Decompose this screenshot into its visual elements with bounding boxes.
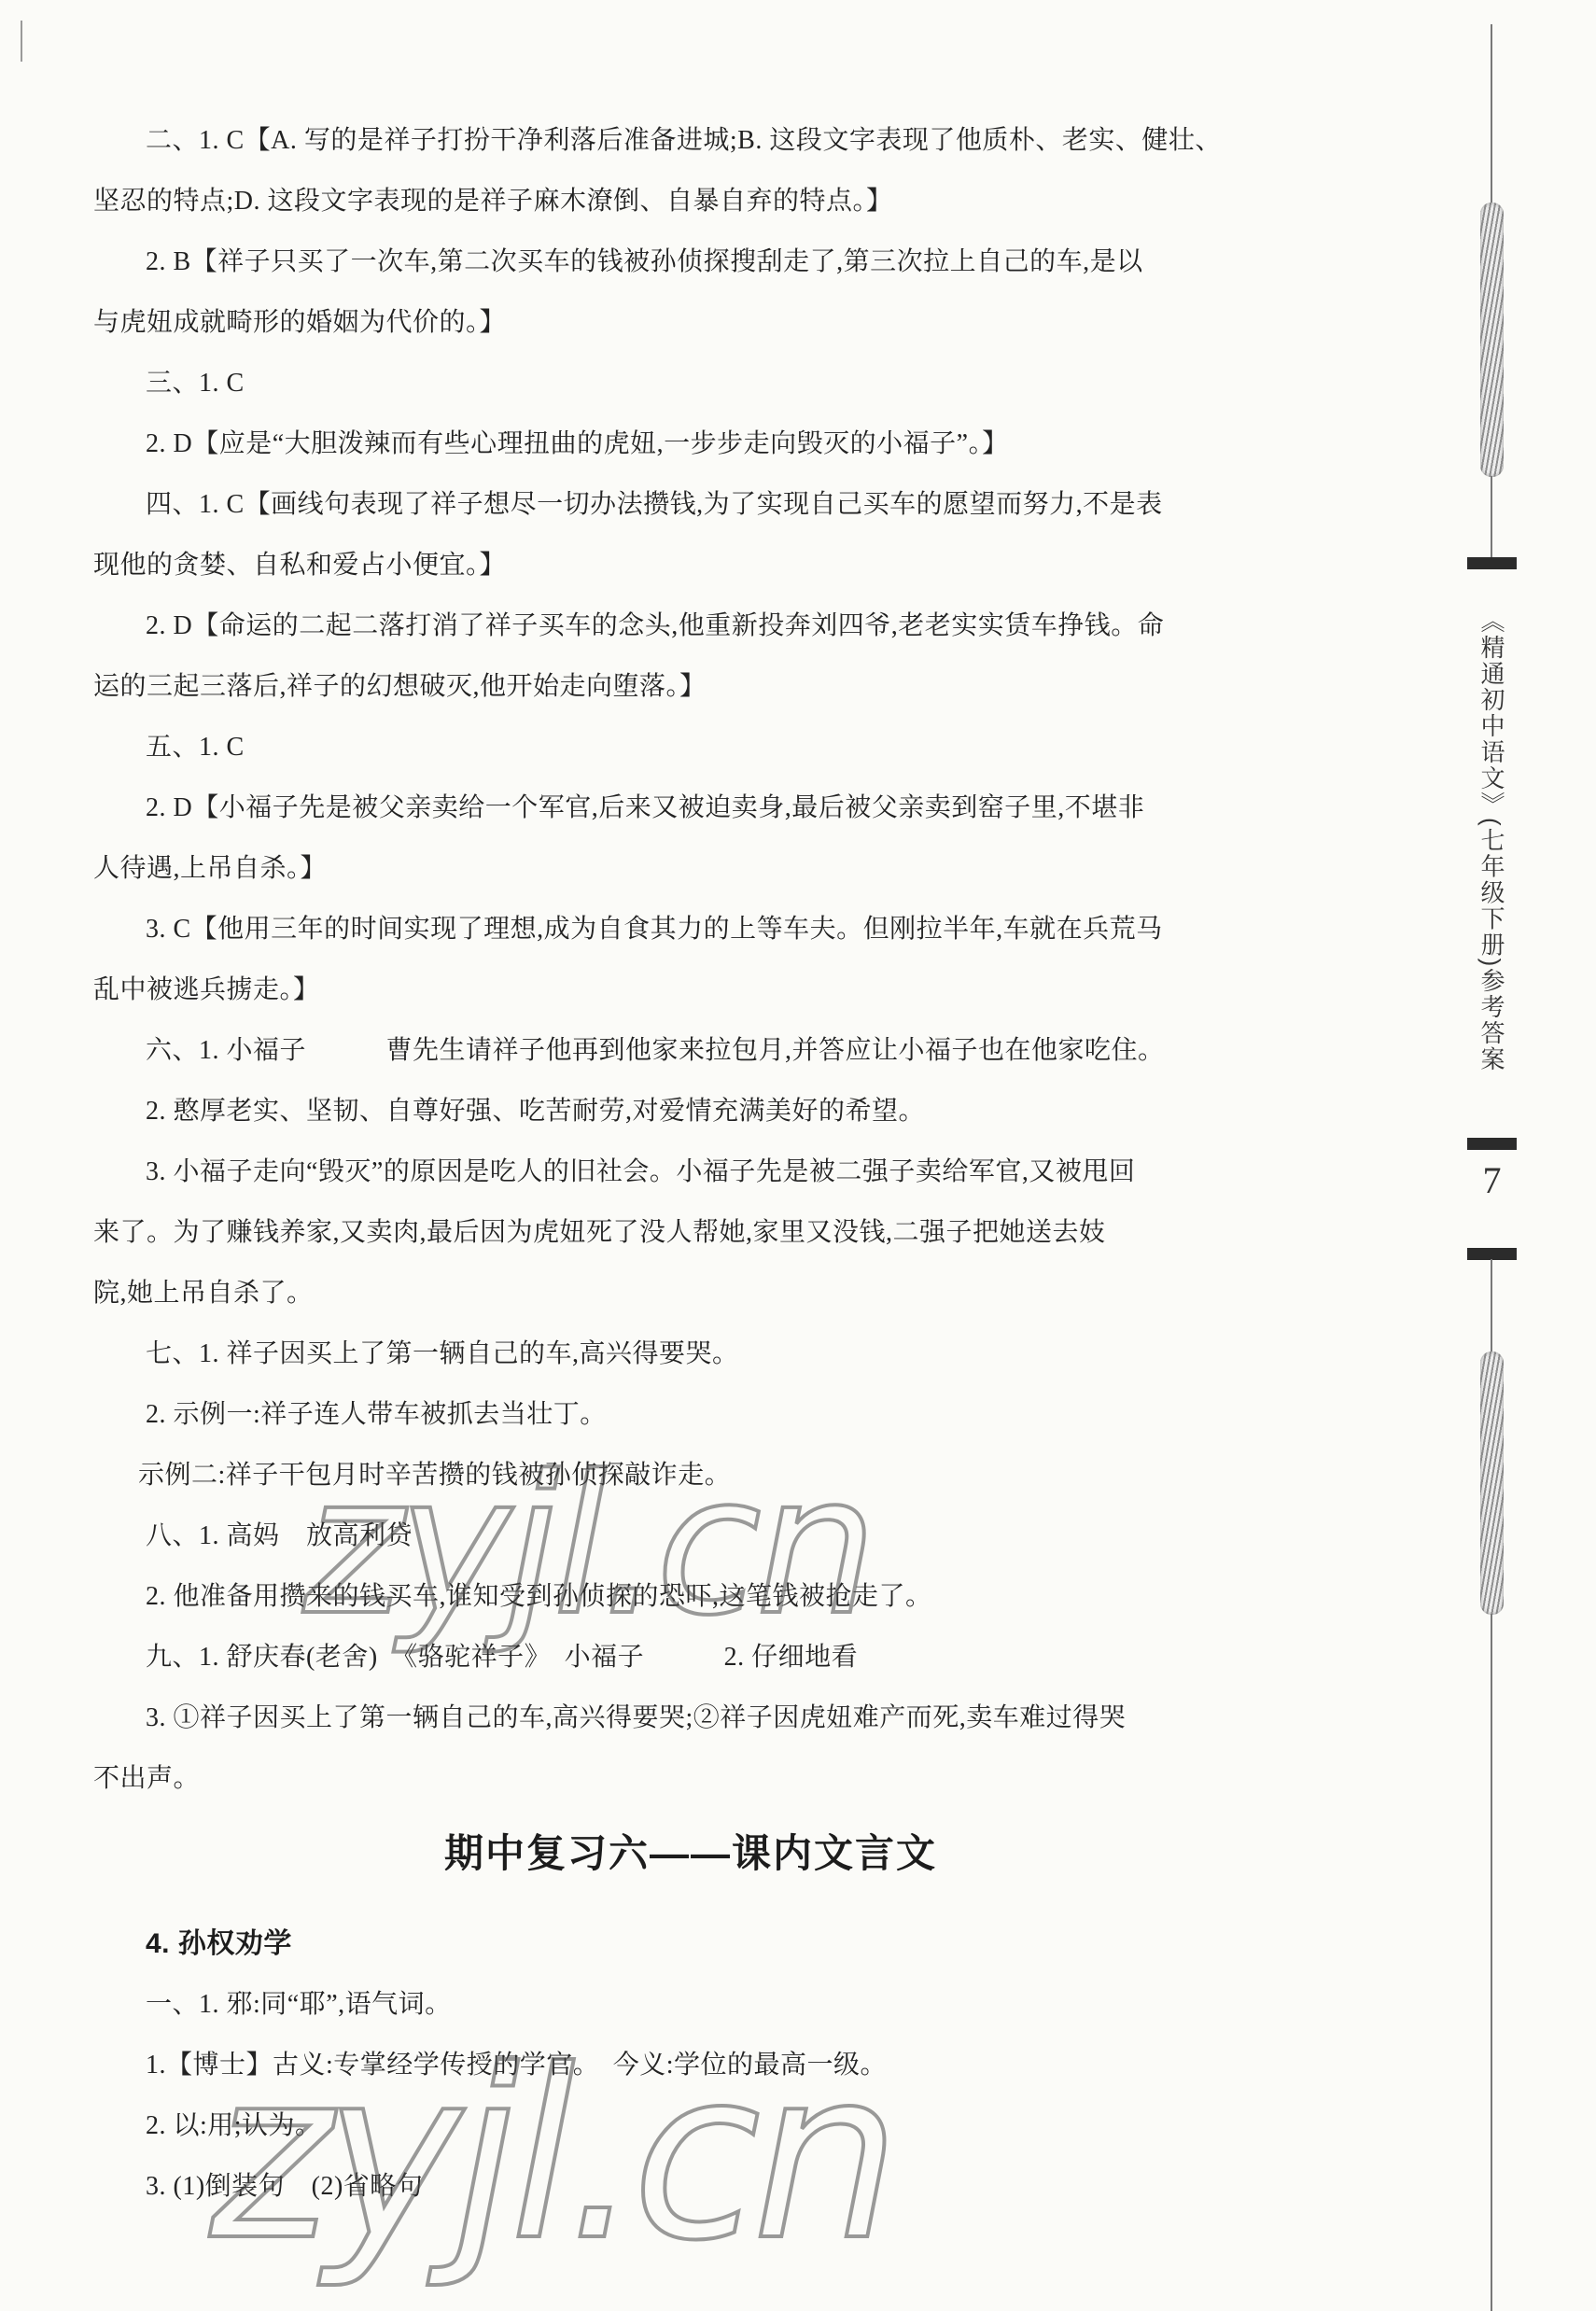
answer-line: 3. C【他用三年的时间实现了理想,成为自食其力的上等车夫。但刚拉半年,车就在兵… (93, 899, 1288, 959)
answer-line: 二、1. C【A. 写的是祥子打扮干净利落后准备进城;B. 这段文字表现了他质朴… (93, 110, 1288, 171)
answer-key-content: 二、1. C【A. 写的是祥子打扮干净利落后准备进城;B. 这段文字表现了他质朴… (93, 110, 1288, 2217)
answer-line: 乱中被逃兵掳走。】 (93, 959, 1288, 1020)
answer-line: 示例二:祥子干包月时辛苦攒的钱被孙侦探敲诈走。 (93, 1445, 1288, 1506)
binding-line-lower (1491, 1259, 1492, 1352)
answer-line: 2. 憨厚老实、坚韧、自尊好强、吃苦耐劳,对爱情充满美好的希望。 (93, 1081, 1288, 1141)
answer-line: 2. D【小福子先是被父亲卖给一个军官,后来又被迫卖身,最后被父亲卖到窑子里,不… (93, 777, 1288, 838)
binding-line-bottom (1491, 1614, 1492, 2311)
answer-line: 四、1. C【画线句表现了祥子想尽一切办法攒钱,为了实现自己买车的愿望而努力,不… (93, 474, 1288, 535)
answer-line: 运的三起三落后,祥子的幻想破灭,他开始走向堕落。】 (93, 656, 1288, 717)
answer-line: 七、1. 祥子因买上了第一辆自己的车,高兴得要哭。 (93, 1324, 1288, 1384)
answer-line: 与虎妞成就畸形的婚姻为代价的。】 (93, 292, 1288, 353)
answer-line: 1.【博士】古义:专掌经学传授的学官。 今义:学位的最高一级。 (93, 2035, 1288, 2095)
page-number: 7 (1467, 1160, 1517, 1201)
book-title-vertical: 《精通初中语文》(七年级下册)参考答案 (1475, 609, 1509, 1131)
answer-line: 3. ①祥子因买上了第一辆自己的车,高兴得要哭;②祥子因虎妞难产而死,卖车难过得… (93, 1688, 1288, 1748)
binding-line-top (1491, 24, 1492, 203)
lesson-title: 4. 孙权劝学 (93, 1913, 1288, 1974)
divider-bar-top (1467, 557, 1517, 569)
answer-line: 来了。为了赚钱养家,又卖肉,最后因为虎妞死了没人帮她,家里又没钱,二强子把她送去… (93, 1202, 1288, 1263)
answer-line: 三、1. C (93, 353, 1288, 413)
answer-line: 院,她上吊自杀了。 (93, 1263, 1288, 1324)
answer-line: 坚忍的特点;D. 这段文字表现的是祥子麻木潦倒、自暴自弃的特点。】 (93, 171, 1288, 231)
answer-line: 2. 以:用;认为。 (93, 2095, 1288, 2156)
answer-line: 2. D【命运的二起二落打消了祥子买车的念头,他重新投奔刘四爷,老老实实赁车挣钱… (93, 595, 1288, 656)
answer-line: 五、1. C (93, 717, 1288, 777)
answer-line: 2. D【应是“大胆泼辣而有些心理扭曲的虎妞,一步步走向毁灭的小福子”。】 (93, 413, 1288, 474)
answer-line: 3. (1)倒装句 (2)省略句 (93, 2156, 1288, 2217)
answer-line: 2. 他准备用攒来的钱买车,谁知受到孙侦探的恐吓,这笔钱被抢走了。 (93, 1566, 1288, 1627)
section-heading: 期中复习六——课内文言文 (93, 1820, 1288, 1887)
binding-line-mid (1491, 476, 1492, 558)
answer-line: 六、1. 小福子 曹先生请祥子他再到他家来拉包月,并答应让小福子也在他家吃住。 (93, 1020, 1288, 1081)
answer-line: 一、1. 邪:同“耶”,语气词。 (93, 1974, 1288, 2035)
answer-line: 不出声。 (93, 1748, 1288, 1809)
answer-line: 3. 小福子走向“毁灭”的原因是吃人的旧社会。小福子先是被二强子卖给军官,又被甩… (93, 1141, 1288, 1202)
answer-line: 现他的贪婪、自私和爱占小便宜。】 (93, 535, 1288, 595)
answer-line: 2. 示例一:祥子连人带车被抓去当壮丁。 (93, 1384, 1288, 1445)
binding-spine-mark-bottom (1480, 1352, 1504, 1615)
answer-line: 九、1. 舒庆春(老舍) 《骆驼祥子》 小福子 2. 仔细地看 (93, 1627, 1288, 1688)
answer-line: 八、1. 高妈 放高利贷 (93, 1506, 1288, 1566)
answer-line: 人待遇,上吊自杀。】 (93, 838, 1288, 899)
divider-bar-above-page-number (1467, 1138, 1517, 1150)
answer-line: 2. B【祥子只买了一次车,第二次买车的钱被孙侦探搜刮走了,第三次拉上自己的车,… (93, 231, 1288, 292)
binding-spine-mark-top (1480, 203, 1504, 477)
page-edge-line (21, 21, 22, 62)
